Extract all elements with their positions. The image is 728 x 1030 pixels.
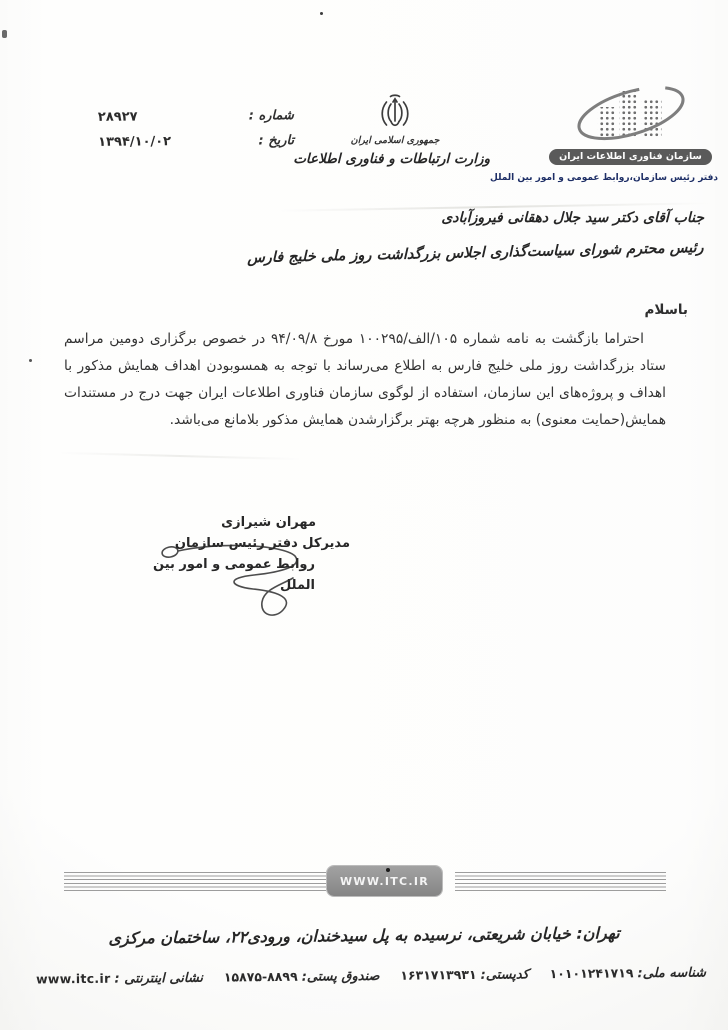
country-title: جمهوری اسلامی ایران [300,135,490,146]
scan-speck [29,359,32,362]
signer-title-line1: مدیرکل دفتر رئیس سازمان [138,533,350,554]
signer-title-line2: روابط عمومی و امور بین الملل [138,554,350,596]
scan-speck [320,12,323,15]
website-badge: WWW.ITC.IR [327,866,442,896]
letter-number-row: شماره : ۲۸۹۲۷ [98,103,294,130]
postal-code-value: ۱۶۳۱۷۱۳۹۳۱ [400,967,476,983]
po-box-value: ۱۵۸۷۵-۸۸۹۹ [224,969,298,985]
ito-dotted-logo-icon [572,84,690,144]
footer-registry-line: شناسه ملی: ۱۰۱۰۱۲۴۱۷۱۹ کدپستی: ۱۶۳۱۷۱۳۹۳… [36,964,706,987]
website-value: www.itc.ir [36,971,111,987]
registry-item-website: نشانی اینترنتی : www.itc.ir [36,970,203,988]
body-line: همایش(حمایت معنوی) به منظور هرچه بهتر بر… [64,407,666,434]
rule-lines-right [455,872,666,893]
letter-date-label: تاریخ : [258,133,294,148]
letter-body: احتراما بازگشت به نامه شماره ۱۰۵/الف/۱۰۰… [64,326,666,434]
recipient-title: رئیس محترم شورای سیاست‌گذاری اجلاس بزرگد… [247,240,704,266]
ministry-title: وزارت ارتباطات و فناوری اطلاعات [300,151,490,167]
salutation: باسلام [644,302,688,318]
department-title: دفتر رئیس سازمان،روابط عمومی و امور بین … [543,173,718,183]
registry-item-postal-code: کدپستی: ۱۶۳۱۷۱۳۹۳۱ [400,966,529,983]
signature-block: مهران شیرازی مدیرکل دفتر رئیس سازمان روا… [138,512,350,596]
ministry-header: جمهوری اسلامی ایران وزارت ارتباطات و فنا… [300,94,490,167]
rule-lines-left [64,872,326,893]
recipient-name: جناب آقای دکتر سید جلال دهقانی فیروزآباد… [247,210,704,226]
footer-rule-band: WWW.ITC.IR [64,866,666,898]
body-line: اهداف و پروژه‌های این سازمان، استفاده از… [64,380,666,407]
organization-header: سازمان فناوری اطلاعات ایران دفتر رئیس سا… [543,84,718,183]
letter-number-label: شماره : [249,108,294,123]
letter-date-value: ۱۳۹۴/۱۰/۰۲ [98,134,171,150]
postal-code-label: کدپستی: [481,967,529,983]
letter-date-row: تاریخ : ۱۳۹۴/۱۰/۰۲ [98,128,294,155]
organization-name-banner: سازمان فناوری اطلاعات ایران [549,149,712,165]
recipient-block: جناب آقای دکتر سید جلال دهقانی فیروزآباد… [247,210,704,256]
registry-item-po-box: صندوق پستی: ۱۵۸۷۵-۸۸۹۹ [224,968,380,986]
scan-speck [2,30,7,38]
letter-meta-block: شماره : ۲۸۹۲۷ تاریخ : ۱۳۹۴/۱۰/۰۲ [98,103,294,155]
scanned-letter-page: شماره : ۲۸۹۲۷ تاریخ : ۱۳۹۴/۱۰/۰۲ جمهوری … [0,0,728,1030]
scan-crease [60,452,300,460]
logo-swoosh-icon [572,84,690,144]
website-label: نشانی اینترنتی : [114,971,203,987]
scan-speck [386,868,390,872]
registry-item-national-id: شناسه ملی: ۱۰۱۰۱۲۴۱۷۱۹ [550,964,707,982]
letter-number-value: ۲۸۹۲۷ [98,110,138,125]
body-line: احتراما بازگشت به نامه شماره ۱۰۵/الف/۱۰۰… [64,326,666,353]
footer-address: تهران: خیابان شریعتی، نرسیده به پل سیدخن… [0,922,728,949]
iran-emblem-icon [378,94,412,132]
body-line: ستاد بزرگداشت روز ملی خلیج فارس به اطلاع… [64,353,666,380]
po-box-label: صندوق پستی: [302,969,380,985]
signer-name: مهران شیرازی [138,512,350,533]
national-id-value: ۱۰۱۰۱۲۴۱۷۱۹ [550,965,634,981]
national-id-label: شناسه ملی: [637,965,706,981]
